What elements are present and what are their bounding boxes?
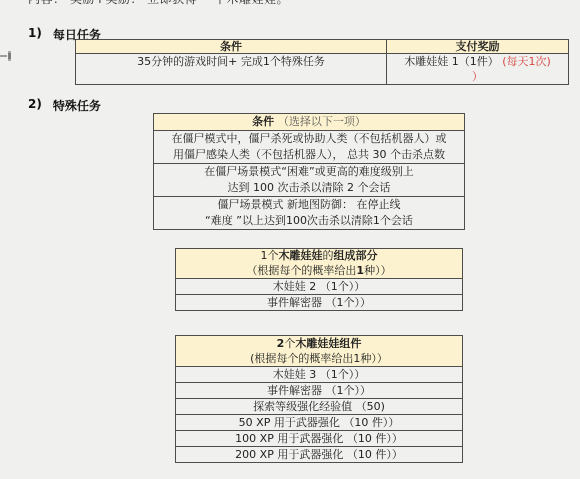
daily-reward-cell: 木雕娃娃 1（1件） (每天1次) ）	[387, 54, 569, 85]
special-table-row: 在僵尸模式中，僵尸杀死或协助人类（不包括机器人）或 用僵尸感染人类（不包括机器人…	[154, 131, 465, 164]
doll2-item-6: 200 XP 用于武器强化 （10 件））	[176, 447, 463, 463]
daily-reward-note: (每天1次)	[502, 55, 551, 68]
special-table-row: 在僵尸场景模式“困难”或更高的难度级别上 达到 100 次击杀以清除 2 个会话	[154, 164, 465, 197]
daily-table-header-row: 条件 支付奖励	[76, 40, 569, 54]
ruler-margin-dash	[0, 55, 7, 57]
special-condition-3-line2: “难度 ”以上达到100次击杀以清除1个会话	[156, 213, 462, 229]
doll1-subtitle: （根据每个的概率给出1种））	[178, 264, 460, 279]
doll2-item-3: 探索等级强化经验值 （50)	[176, 399, 463, 415]
doll1-header-row: 1个木雕娃娃的组成部分 （根据每个的概率给出1种））	[176, 249, 463, 279]
special-table-row: 僵尸场景模式 新地图防御： 在停止线 “难度 ”以上达到100次击杀以清除1个会…	[154, 197, 465, 230]
doll2-item-4: 50 XP 用于武器强化 （10 件））	[176, 415, 463, 431]
special-condition-1-line2: 用僵尸感染人类（不包括机器人）， 总共 30 个击杀点数	[156, 147, 462, 163]
special-condition-3-line1: 僵尸场景模式 新地图防御： 在停止线	[156, 197, 462, 213]
doll2-item-row: 100 XP 用于武器强化 （10 件））	[176, 431, 463, 447]
doll2-item-2: 事件解密器 （1个））	[176, 383, 463, 399]
doll2-header-cell: 2个木雕娃娃组件 (根据每个的概率给出1种））	[176, 336, 463, 367]
section-2-title: 特殊任务	[53, 97, 101, 114]
doll1-item-row: 木娃娃 2 （1个））	[176, 279, 463, 295]
daily-col-reward: 支付奖励	[387, 40, 569, 54]
special-task-table: 条件 （选择以下一项） 在僵尸模式中，僵尸杀死或协助人类（不包括机器人）或 用僵…	[153, 113, 465, 230]
daily-table-row: 35分钟的游戏时间+ 完成1个特殊任务 木雕娃娃 1（1件） (每天1次) ）	[76, 54, 569, 85]
special-condition-2-line2: 达到 100 次击杀以清除 2 个会话	[156, 180, 462, 196]
doll2-item-row: 50 XP 用于武器强化 （10 件））	[176, 415, 463, 431]
special-header-title: 条件	[252, 115, 274, 128]
doll1-item-1: 木娃娃 2 （1个））	[176, 279, 463, 295]
daily-reward-note-wrap: ）	[389, 69, 566, 84]
doll1-subtitle-pre: （根据每个的概率给出	[246, 264, 356, 277]
doll1-title: 1个木雕娃娃的组成部分	[178, 249, 460, 264]
daily-reward-item: 木雕娃娃 1（1件）	[404, 55, 499, 68]
doll1-title-num: 1个	[261, 249, 279, 262]
special-condition-1-line1: 在僵尸模式中，僵尸杀死或协助人类（不包括机器人）或	[156, 131, 462, 147]
doll2-title-mid: 个	[284, 337, 295, 350]
doll2-item-row: 木娃娃 3 （1个））	[176, 367, 463, 383]
special-header-note: （选择以下一项）	[278, 115, 366, 128]
doll2-item-row: 探索等级强化经验值 （50)	[176, 399, 463, 415]
doll1-item-row: 事件解密器 （1个））	[176, 295, 463, 311]
special-condition-2-line1: 在僵尸场景模式“困难”或更高的难度级别上	[156, 164, 462, 180]
doll1-header-cell: 1个木雕娃娃的组成部分 （根据每个的概率给出1种））	[176, 249, 463, 279]
doll1-subtitle-num: 1	[356, 264, 364, 277]
doll2-item-row: 200 XP 用于武器强化 （10 件））	[176, 447, 463, 463]
doll2-title-bold: 木雕娃娃组件	[295, 337, 361, 350]
doll-components-1-table: 1个木雕娃娃的组成部分 （根据每个的概率给出1种）） 木娃娃 2 （1个）） 事…	[175, 248, 463, 311]
daily-col-condition: 条件	[76, 40, 387, 54]
doll-components-2-table: 2个木雕娃娃组件 (根据每个的概率给出1种）） 木娃娃 3 （1个）） 事件解密…	[175, 335, 463, 463]
section-1-number: 1)	[28, 26, 42, 43]
special-table-header-row: 条件 （选择以下一项）	[154, 114, 465, 131]
special-condition-1: 在僵尸模式中，僵尸杀死或协助人类（不包括机器人）或 用僵尸感染人类（不包括机器人…	[154, 131, 465, 164]
doll2-subtitle: (根据每个的概率给出1种））	[178, 351, 460, 366]
doll1-title-bold2: 组成部分	[334, 249, 378, 262]
doll1-subtitle-post: 种））	[364, 264, 392, 277]
special-condition-3: 僵尸场景模式 新地图防御： 在停止线 “难度 ”以上达到100次击杀以清除1个会…	[154, 197, 465, 230]
ruler-margin-marker-icon	[8, 51, 11, 61]
doll2-title: 2个木雕娃娃组件	[178, 336, 460, 351]
doll2-header-row: 2个木雕娃娃组件 (根据每个的概率给出1种））	[176, 336, 463, 367]
section-2-heading: 2) 特殊任务	[28, 97, 101, 114]
doll1-title-bold1: 木雕娃娃	[279, 249, 323, 262]
daily-condition-cell: 35分钟的游戏时间+ 完成1个特殊任务	[76, 54, 387, 85]
intro-text: 内容： 奖励+奖励： 立即获得 一个木雕娃娃。	[28, 0, 289, 7]
doll2-item-1: 木娃娃 3 （1个））	[176, 367, 463, 383]
section-2-number: 2)	[28, 97, 42, 114]
doll2-item-5: 100 XP 用于武器强化 （10 件））	[176, 431, 463, 447]
special-header-cell: 条件 （选择以下一项）	[154, 114, 465, 131]
doll1-title-mid: 的	[323, 249, 334, 262]
document-page: 内容： 奖励+奖励： 立即获得 一个木雕娃娃。 1) 每日任务 条件 支付奖励 …	[0, 0, 580, 479]
doll2-item-row: 事件解密器 （1个））	[176, 383, 463, 399]
special-condition-2: 在僵尸场景模式“困难”或更高的难度级别上 达到 100 次击杀以清除 2 个会话	[154, 164, 465, 197]
daily-reward-line1: 木雕娃娃 1（1件） (每天1次)	[389, 54, 566, 69]
doll1-item-2: 事件解密器 （1个））	[176, 295, 463, 311]
daily-task-table: 条件 支付奖励 35分钟的游戏时间+ 完成1个特殊任务 木雕娃娃 1（1件） (…	[75, 39, 569, 85]
